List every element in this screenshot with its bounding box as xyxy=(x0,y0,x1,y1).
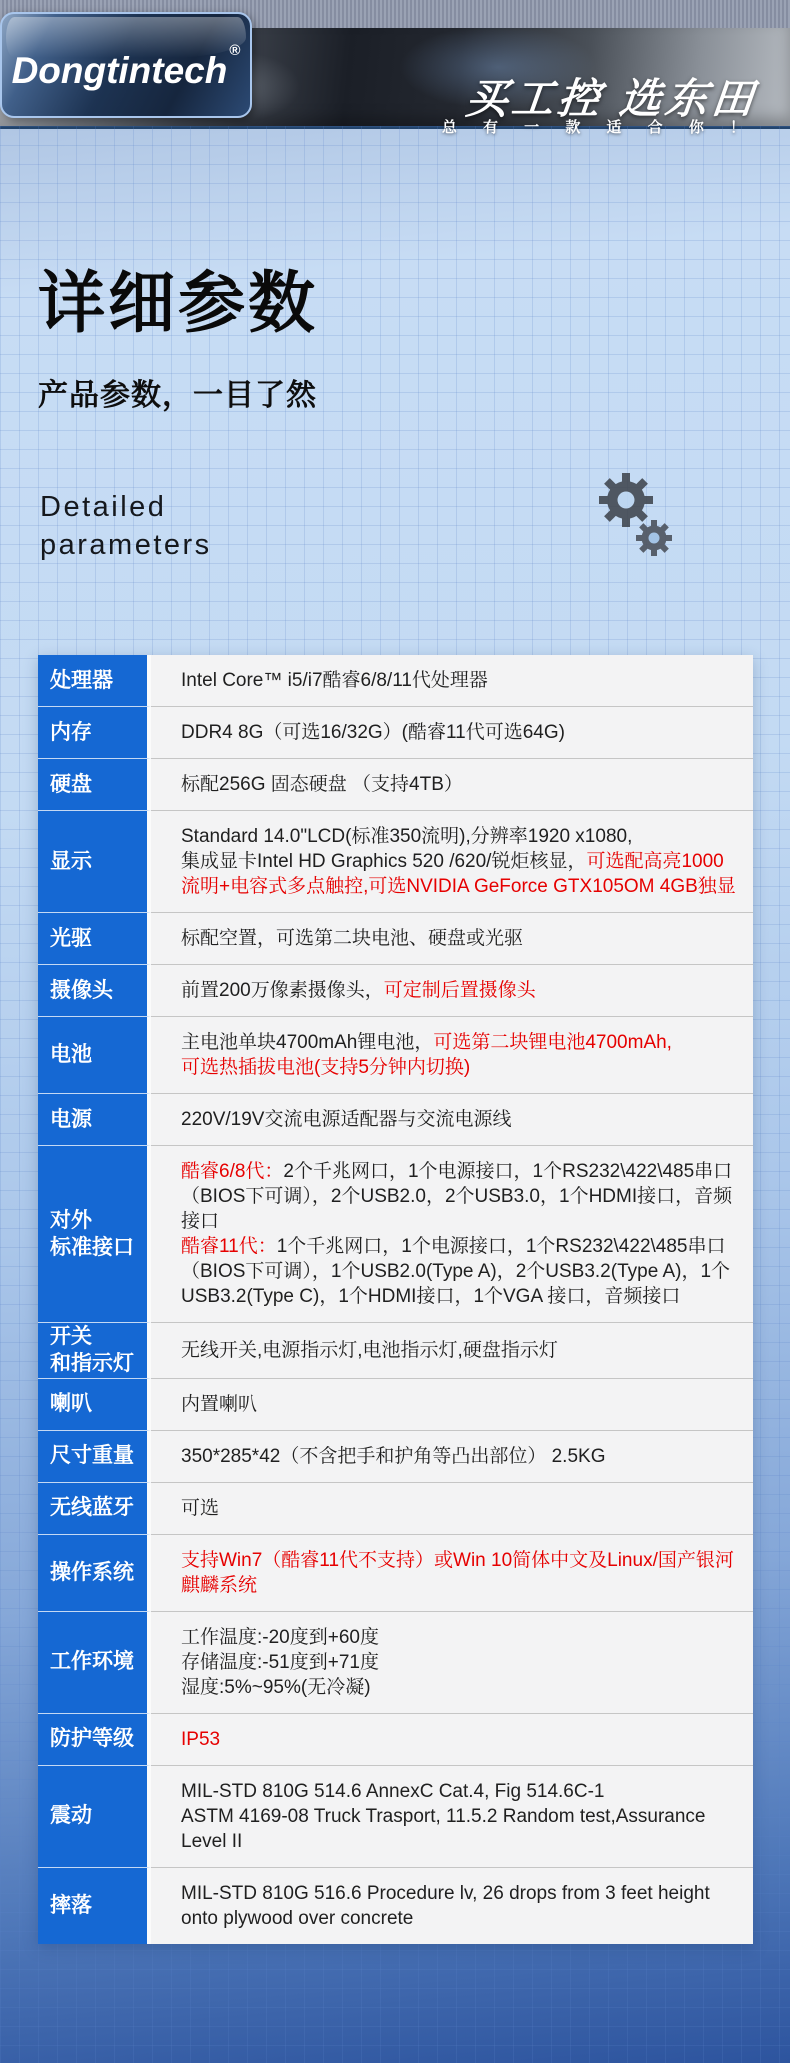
spec-row-10: 喇叭内置喇叭 xyxy=(38,1378,753,1430)
spec-row-15: 防护等级IP53 xyxy=(38,1713,753,1765)
spec-value: 可选 xyxy=(151,1482,753,1534)
spec-row-5: 摄像头前置200万像素摄像头，可定制后置摄像头 xyxy=(38,964,753,1016)
spec-value: 支持Win7（酷睿11代不支持）或Win 10简体中文及Linux/国产银河麒麟… xyxy=(151,1534,753,1611)
spec-text: DDR4 8G（可选16/32G）(酷睿11代可选64G) xyxy=(181,722,565,743)
spec-label: 光驱 xyxy=(38,912,151,964)
spec-value: MIL-STD 810G 514.6 AnnexC Cat.4, Fig 514… xyxy=(151,1765,753,1867)
spec-text: Intel Core™ i5/i7酷睿6/8/11代处理器 xyxy=(181,670,488,691)
spec-text-highlight: 可定制后置摄像头 xyxy=(384,980,536,1001)
product-spec-page: 买工控 选东田 总 有 一 款 适 合 你 ！ Dongtintech® 详细参… xyxy=(0,0,790,2063)
spec-text: 标配256G 固态硬盘 （支持4TB） xyxy=(181,774,463,795)
spec-value: Intel Core™ i5/i7酷睿6/8/11代处理器 xyxy=(151,655,753,706)
spec-text-highlight: 酷睿6/8代： xyxy=(181,1161,283,1182)
spec-row-14: 工作环境工作温度:-20度到+60度存储温度:-51度到+71度湿度:5%~95… xyxy=(38,1611,753,1713)
page-title-english-line1: Detailed xyxy=(40,488,212,526)
spec-row-6: 电池主电池单块4700mAh锂电池，可选第二块锂电池4700mAh,可选热插拔电… xyxy=(38,1016,753,1093)
spec-value: 主电池单块4700mAh锂电池，可选第二块锂电池4700mAh,可选热插拔电池(… xyxy=(151,1016,753,1093)
spec-text-highlight: 可选第二块锂电池4700mAh, xyxy=(433,1032,672,1053)
spec-label: 防护等级 xyxy=(38,1713,151,1765)
banner-tagline: 总 有 一 款 适 合 你 ！ xyxy=(442,116,756,137)
spec-label: 开关和指示灯 xyxy=(38,1322,151,1378)
spec-row-3: 显示Standard 14.0"LCD(标准350流明),分辨率1920 x10… xyxy=(38,810,753,912)
spec-label: 硬盘 xyxy=(38,758,151,810)
brand-logo: Dongtintech® xyxy=(0,12,252,118)
spec-label: 电池 xyxy=(38,1016,151,1093)
spec-row-17: 摔落MIL-STD 810G 516.6 Procedure lv, 26 dr… xyxy=(38,1867,753,1944)
spec-row-1: 内存DDR4 8G（可选16/32G）(酷睿11代可选64G) xyxy=(38,706,753,758)
brand-logo-text: Dongtintech® xyxy=(2,42,250,92)
spec-value: 标配256G 固态硬盘 （支持4TB） xyxy=(151,758,753,810)
page-title-english: Detailed parameters xyxy=(40,488,212,565)
spec-row-4: 光驱标配空置，可选第二块电池、硬盘或光驱 xyxy=(38,912,753,964)
spec-text: 湿度:5%~95%(无冷凝) xyxy=(181,1677,371,1698)
spec-text: MIL-STD 810G 516.6 Procedure lv, 26 drop… xyxy=(181,1883,710,1929)
spec-row-7: 电源220V/19V交流电源适配器与交流电源线 xyxy=(38,1093,753,1145)
spec-label: 尺寸重量 xyxy=(38,1430,151,1482)
spec-text-highlight: IP53 xyxy=(181,1729,220,1750)
spec-label: 摄像头 xyxy=(38,964,151,1016)
spec-value: Standard 14.0"LCD(标准350流明),分辨率1920 x1080… xyxy=(151,810,753,912)
spec-label: 震动 xyxy=(38,1765,151,1867)
spec-row-16: 震动MIL-STD 810G 514.6 AnnexC Cat.4, Fig 5… xyxy=(38,1765,753,1867)
gear-icon xyxy=(596,472,676,560)
spec-text: 存储温度:-51度到+71度 xyxy=(181,1652,379,1673)
spec-label: 处理器 xyxy=(38,655,151,706)
spec-value: 前置200万像素摄像头，可定制后置摄像头 xyxy=(151,964,753,1016)
spec-value: 酷睿6/8代：2个千兆网口，1个电源接口，1个RS232\422\485串口（B… xyxy=(151,1145,753,1322)
spec-row-2: 硬盘标配256G 固态硬盘 （支持4TB） xyxy=(38,758,753,810)
spec-text: 前置200万像素摄像头， xyxy=(181,980,384,1001)
spec-text: 主电池单块4700mAh锂电池， xyxy=(181,1032,433,1053)
spec-text: 标配空置，可选第二块电池、硬盘或光驱 xyxy=(181,928,523,949)
spec-label: 工作环境 xyxy=(38,1611,151,1713)
spec-value: 工作温度:-20度到+60度存储温度:-51度到+71度湿度:5%~95%(无冷… xyxy=(151,1611,753,1713)
spec-text: 220V/19V交流电源适配器与交流电源线 xyxy=(181,1109,511,1130)
spec-text: MIL-STD 810G 514.6 AnnexC Cat.4, Fig 514… xyxy=(181,1781,605,1802)
spec-row-0: 处理器Intel Core™ i5/i7酷睿6/8/11代处理器 xyxy=(38,655,753,706)
spec-value: 220V/19V交流电源适配器与交流电源线 xyxy=(151,1093,753,1145)
spec-row-9: 开关和指示灯无线开关,电源指示灯,电池指示灯,硬盘指示灯 xyxy=(38,1322,753,1378)
spec-value: IP53 xyxy=(151,1713,753,1765)
spec-label: 对外标准接口 xyxy=(38,1145,151,1322)
spec-text: 可选 xyxy=(181,1498,219,1519)
spec-label: 无线蓝牙 xyxy=(38,1482,151,1534)
page-subtitle: 产品参数，一目了然 xyxy=(38,370,317,414)
spec-label: 喇叭 xyxy=(38,1378,151,1430)
spec-value: DDR4 8G（可选16/32G）(酷睿11代可选64G) xyxy=(151,706,753,758)
page-title-english-line2: parameters xyxy=(40,526,212,564)
spec-row-12: 无线蓝牙可选 xyxy=(38,1482,753,1534)
registered-mark: ® xyxy=(229,42,240,59)
spec-row-11: 尺寸重量350*285*42（不含把手和护角等凸出部位） 2.5KG xyxy=(38,1430,753,1482)
spec-value: 内置喇叭 xyxy=(151,1378,753,1430)
spec-label: 摔落 xyxy=(38,1867,151,1944)
spec-text: 集成显卡Intel HD Graphics 520 /620/锐炬核显， xyxy=(181,851,586,872)
spec-label: 操作系统 xyxy=(38,1534,151,1611)
spec-value: 无线开关,电源指示灯,电池指示灯,硬盘指示灯 xyxy=(151,1322,753,1378)
spec-text-highlight: 酷睿11代： xyxy=(181,1236,277,1257)
spec-text: 内置喇叭 xyxy=(181,1394,257,1415)
spec-label: 内存 xyxy=(38,706,151,758)
spec-text: 350*285*42（不含把手和护角等凸出部位） 2.5KG xyxy=(181,1446,605,1467)
spec-text: ASTM 4169-08 Truck Trasport, 11.5.2 Rand… xyxy=(181,1806,706,1852)
spec-row-13: 操作系统支持Win7（酷睿11代不支持）或Win 10简体中文及Linux/国产… xyxy=(38,1534,753,1611)
spec-text-highlight: 可选热插拔电池(支持5分钟内切换) xyxy=(181,1057,470,1078)
spec-text: 工作温度:-20度到+60度 xyxy=(181,1627,379,1648)
spec-label: 显示 xyxy=(38,810,151,912)
spec-row-8: 对外标准接口酷睿6/8代：2个千兆网口，1个电源接口，1个RS232\422\4… xyxy=(38,1145,753,1322)
spec-value: MIL-STD 810G 516.6 Procedure lv, 26 drop… xyxy=(151,1867,753,1944)
spec-table: 处理器Intel Core™ i5/i7酷睿6/8/11代处理器内存DDR4 8… xyxy=(38,655,753,1944)
spec-text-highlight: 支持Win7（酷睿11代不支持）或Win 10简体中文及Linux/国产银河麒麟… xyxy=(181,1550,734,1596)
spec-value: 350*285*42（不含把手和护角等凸出部位） 2.5KG xyxy=(151,1430,753,1482)
spec-text: Standard 14.0"LCD(标准350流明),分辨率1920 x1080… xyxy=(181,826,632,847)
spec-text: 无线开关,电源指示灯,电池指示灯,硬盘指示灯 xyxy=(181,1340,558,1361)
spec-value: 标配空置，可选第二块电池、硬盘或光驱 xyxy=(151,912,753,964)
spec-label: 电源 xyxy=(38,1093,151,1145)
page-title: 详细参数 xyxy=(38,250,318,346)
